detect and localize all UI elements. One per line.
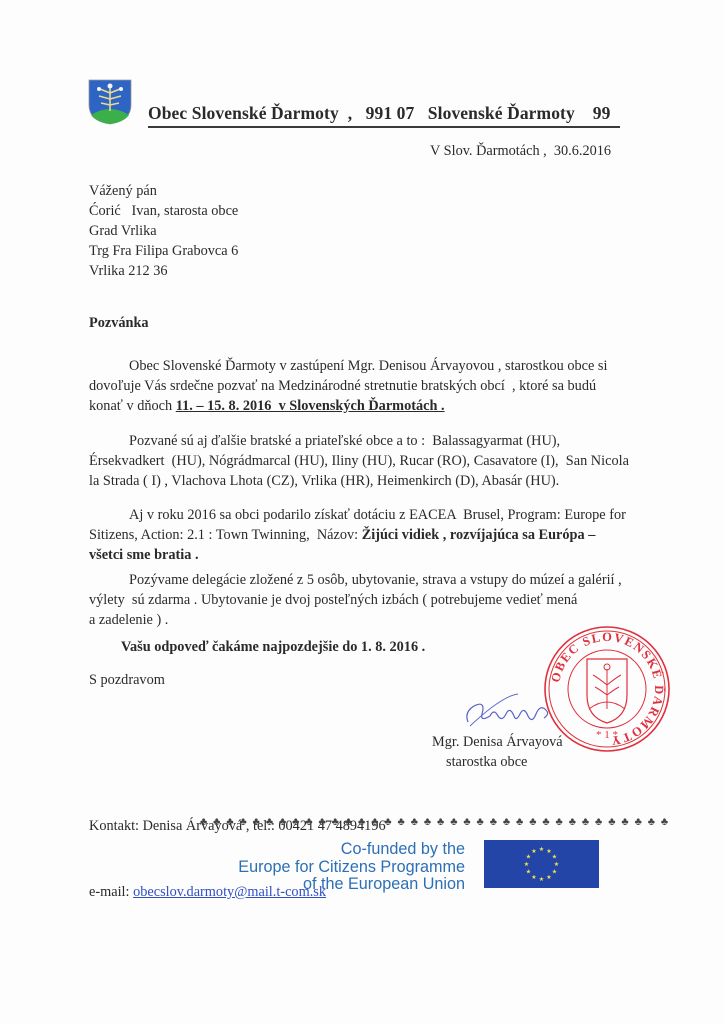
recipient-line: Trg Fra Filipa Grabovca 6 [89, 241, 238, 261]
letterhead-rule [148, 126, 620, 128]
svg-text:★: ★ [539, 876, 544, 883]
paragraph-line: Pozvané sú aj ďalšie bratské a priateľsk… [89, 431, 659, 451]
paragraph-delegations: Pozývame delegácie zložené z 5 osôb, uby… [89, 570, 659, 630]
svg-text:★: ★ [524, 861, 529, 868]
paragraph-text: Sitizens, Action: 2.1 : Town Twinning, N… [89, 527, 362, 543]
eu-text-line: of the European Union [130, 876, 465, 894]
paragraph-line: Obec Slovenské Ďarmoty v zastúpení Mgr. … [89, 356, 659, 376]
recipient-line: Grad Vrlika [89, 221, 238, 241]
eu-cofunding-text: Co-funded by the Europe for Citizens Pro… [130, 841, 465, 894]
date-line: V Slov. Ďarmotách , 30.6.2016 [430, 143, 611, 160]
paragraph-line: la Strada ( I) , Vlachova Lhota (CZ), Vr… [89, 471, 659, 491]
paragraph-line: Pozývame delegácie zložené z 5 osôb, uby… [89, 570, 659, 590]
svg-text:* 1 *: * 1 * [596, 729, 618, 741]
paragraph-grant: Aj v roku 2016 sa obci podarilo získať d… [89, 505, 659, 565]
signatory-role: starostka obce [446, 754, 527, 771]
recipient-address: Vážený pán Ćorić Ivan, starosta obce Gra… [89, 181, 238, 281]
paragraph-line: Aj v roku 2016 sa obci podarilo získať d… [89, 505, 659, 525]
signatory-name: Mgr. Denisa Árvayová [432, 734, 563, 751]
paragraph-invited-towns: Pozvané sú aj ďalšie bratské a priateľsk… [89, 431, 659, 491]
svg-text:★: ★ [531, 874, 536, 881]
paragraph-line: Érsekvadkert (HU), Nógrádmarcal (HU), Il… [89, 451, 659, 471]
svg-text:★: ★ [552, 869, 557, 876]
coat-of-arms-icon [88, 79, 132, 125]
recipient-line: Ćorić Ivan, starosta obce [89, 201, 238, 221]
svg-text:★: ★ [531, 848, 536, 855]
email-label: e-mail: [89, 884, 133, 900]
svg-text:★: ★ [539, 846, 544, 853]
letterhead-title: Obec Slovenské Ďarmoty , 991 07 Slovensk… [148, 103, 610, 124]
signature-scribble [462, 692, 562, 732]
recipient-line: Vrlika 212 36 [89, 261, 238, 281]
letter-title: Pozvánka [89, 315, 149, 332]
project-name-cont: všetci sme bratia . [89, 545, 659, 565]
event-dates: 11. – 15. 8. 2016 v Slovenských Ďarmotác… [176, 398, 445, 414]
paragraph-line: výlety sú zdarma . Ubytovanie je dvoj po… [89, 590, 659, 610]
svg-text:★: ★ [554, 861, 559, 868]
project-name: Žijúci vidiek , rozvíjajúca sa Európa – [362, 527, 596, 543]
svg-text:★: ★ [552, 854, 557, 861]
eu-text-line: Co-funded by the [130, 841, 465, 859]
paragraph-text: konať v dňoch [89, 398, 176, 414]
recipient-line: Vážený pán [89, 181, 238, 201]
decorative-divider: ♣ ♣ ♣ ♣ ♣ ♣ ♣ ♣ ♣ ♣ ♣ ♣ ♣ ♣ ♣ ♣ ♣ ♣ ♣ ♣ … [200, 816, 670, 828]
paragraph-line: dovoľuje Vás srdečne pozvať na Medzináro… [89, 376, 659, 396]
eu-text-line: Europe for Citizens Programme [130, 859, 465, 877]
greeting: S pozdravom [89, 672, 165, 689]
eu-flag-icon: ★★★★★★★★★★★★ [484, 840, 599, 888]
paragraph-invitation: Obec Slovenské Ďarmoty v zastúpení Mgr. … [89, 356, 659, 416]
svg-text:★: ★ [526, 869, 531, 876]
svg-text:★: ★ [546, 874, 551, 881]
